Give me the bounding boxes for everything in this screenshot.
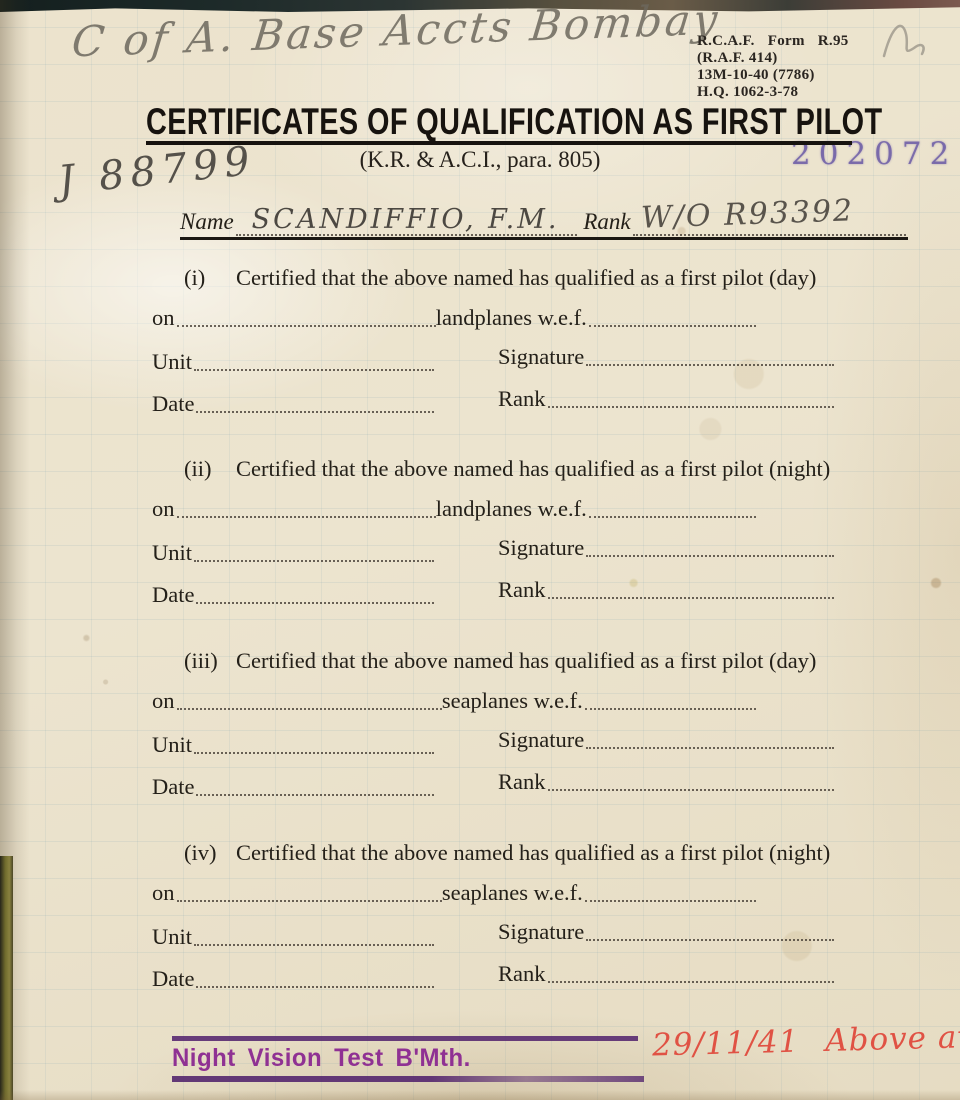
signature-field-line: [586, 555, 834, 557]
date-line: Date: [152, 774, 434, 800]
rank-label: Rank: [498, 577, 546, 603]
date-field-line: [196, 794, 434, 796]
section-heading-text: Certified that the above named has quali…: [236, 648, 816, 673]
unit-field-line: [194, 369, 434, 371]
rank-line: Rank: [498, 769, 834, 795]
wef-field-line: [589, 516, 756, 518]
date-label: Date: [152, 582, 194, 608]
date-field-line: [196, 986, 434, 988]
date-label: Date: [152, 774, 194, 800]
on-label: on: [152, 305, 175, 331]
on-field-line: [177, 708, 442, 710]
unit-field-line: [194, 752, 434, 754]
signature-field-line: [586, 364, 834, 366]
on-line: on landplanes w.e.f.: [152, 496, 756, 522]
on-line: on seaplanes w.e.f.: [152, 688, 756, 714]
section-heading-text: Certified that the above named has quali…: [236, 265, 816, 290]
signature-field-line: [586, 747, 834, 749]
aircraft-label: seaplanes w.e.f.: [442, 880, 583, 906]
signature-label: Signature: [498, 919, 584, 945]
certificate-section-2: (ii)Certified that the above named has q…: [152, 456, 832, 621]
certificate-section-4: (iv)Certified that the above named has q…: [152, 840, 832, 1005]
section-numeral: (iii): [184, 648, 236, 674]
on-field-line: [177, 516, 436, 518]
section-heading: (i)Certified that the above named has qu…: [152, 265, 816, 291]
signature-label: Signature: [498, 535, 584, 561]
section-numeral: (i): [184, 265, 236, 291]
form-title: CERTIFICATES OF QUALIFICATION AS FIRST P…: [146, 101, 882, 143]
on-field-line: [177, 900, 442, 902]
date-line: Date: [152, 966, 434, 992]
date-label: Date: [152, 391, 194, 417]
night-vision-stamp-text: Night Vision Test B'Mth.: [172, 1044, 623, 1073]
section-heading-text: Certified that the above named has quali…: [236, 456, 830, 481]
unit-line: Unit: [152, 732, 434, 758]
stamp-top-bar: [172, 1036, 638, 1041]
on-line: on seaplanes w.e.f.: [152, 880, 756, 906]
pencil-annotation-top: C of A. Base Accts Bombay: [70, 0, 723, 66]
aircraft-label: seaplanes w.e.f.: [442, 688, 583, 714]
night-vision-date: 29/11/41: [652, 1024, 800, 1064]
date-line: Date: [152, 391, 434, 417]
on-label: on: [152, 496, 175, 522]
form-ref-line2: (R.A.F. 414): [697, 50, 849, 67]
date-field-line: [196, 411, 434, 413]
rank-label: Rank: [583, 209, 632, 236]
name-label: Name: [180, 209, 236, 236]
section-heading: (iv)Certified that the above named has q…: [152, 840, 830, 866]
form-ref-line4: H.Q. 1062-3-78: [697, 84, 849, 101]
rank-label: Rank: [498, 961, 546, 987]
name-value-handwritten: SCANDIFFIO, F.M.: [252, 204, 560, 235]
aircraft-label: landplanes w.e.f.: [436, 496, 587, 522]
title-underline: [146, 141, 852, 145]
unit-label: Unit: [152, 732, 192, 758]
form-reference-block: R.C.A.F. Form R.95 (R.A.F. 414) 13M-10-4…: [697, 33, 849, 101]
section-heading: (ii)Certified that the above named has q…: [152, 456, 830, 482]
signature-line: Signature: [498, 919, 834, 945]
unit-field-line: [194, 944, 434, 946]
unit-label: Unit: [152, 924, 192, 950]
form-subtitle: (K.R. & A.C.I., para. 805): [0, 147, 960, 173]
unit-line: Unit: [152, 924, 434, 950]
scanned-form-page: C of A. Base Accts Bombay J 88799 202072…: [0, 0, 960, 1100]
rank-label: Rank: [498, 769, 546, 795]
stamp-bottom-bar: [172, 1076, 644, 1082]
pencil-checkmark: [876, 12, 940, 70]
form-ref-line3: 13M-10-40 (7786): [697, 67, 849, 84]
page-bottom-shade: [0, 1090, 960, 1100]
date-label: Date: [152, 966, 194, 992]
name-row-rule: [180, 237, 908, 240]
unit-line: Unit: [152, 540, 434, 566]
signature-label: Signature: [498, 344, 584, 370]
section-heading-text: Certified that the above named has quali…: [236, 840, 830, 865]
rank-field-line: W/O R93392: [633, 234, 906, 236]
date-field-line: [196, 602, 434, 604]
rank-value-handwritten: W/O R93392: [640, 193, 854, 235]
form-title-wrap: CERTIFICATES OF QUALIFICATION AS FIRST P…: [146, 101, 856, 143]
rank-line: Rank: [498, 577, 834, 603]
rank-field-line: [548, 789, 835, 791]
on-label: on: [152, 880, 175, 906]
unit-label: Unit: [152, 540, 192, 566]
unit-label: Unit: [152, 349, 192, 375]
name-field-line: SCANDIFFIO, F.M.: [236, 234, 578, 236]
name-rank-row: Name SCANDIFFIO, F.M. Rank W/O R93392: [180, 200, 906, 236]
unit-line: Unit: [152, 349, 434, 375]
unit-field-line: [194, 560, 434, 562]
on-label: on: [152, 688, 175, 714]
rank-line: Rank: [498, 386, 834, 412]
signature-field-line: [586, 939, 834, 941]
rank-label: Rank: [498, 386, 546, 412]
wef-field-line: [585, 708, 756, 710]
signature-line: Signature: [498, 535, 834, 561]
night-vision-grade: Above average: [825, 1017, 960, 1059]
certificate-section-1: (i)Certified that the above named has qu…: [152, 265, 832, 430]
signature-label: Signature: [498, 727, 584, 753]
signature-line: Signature: [498, 727, 834, 753]
book-cover-edge: [0, 856, 13, 1100]
section-numeral: (ii): [184, 456, 236, 482]
aircraft-label: landplanes w.e.f.: [436, 305, 587, 331]
date-line: Date: [152, 582, 434, 608]
rank-line: Rank: [498, 961, 834, 987]
on-field-line: [177, 325, 436, 327]
wef-field-line: [585, 900, 756, 902]
signature-line: Signature: [498, 344, 834, 370]
night-vision-result-handwritten: 29/11/41Above average: [652, 1017, 960, 1064]
night-vision-stamp: Night Vision Test B'Mth.: [172, 1036, 642, 1082]
section-heading: (iii)Certified that the above named has …: [152, 648, 816, 674]
rank-field-line: [548, 406, 835, 408]
rank-field-line: [548, 597, 835, 599]
certificate-section-3: (iii)Certified that the above named has …: [152, 648, 832, 813]
wef-field-line: [589, 325, 756, 327]
rank-field-line: [548, 981, 835, 983]
section-numeral: (iv): [184, 840, 236, 866]
form-ref-line1: R.C.A.F. Form R.95: [697, 33, 849, 50]
on-line: on landplanes w.e.f.: [152, 305, 756, 331]
